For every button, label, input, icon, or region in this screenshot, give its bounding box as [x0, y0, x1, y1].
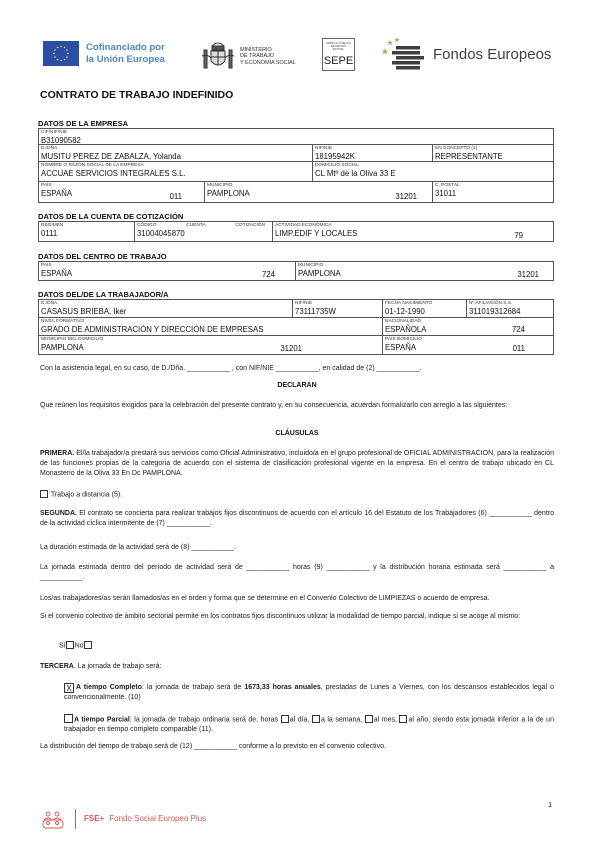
al-mes-checkbox[interactable] — [365, 715, 373, 723]
centro-municipio-code: 31201 — [517, 270, 539, 279]
nacionalidad-cell: NACIONALIDAD ESPAÑOLA 724 — [383, 318, 553, 336]
segunda-label: SEGUNDA. — [40, 510, 77, 517]
duracion-paragraph: La duración estimada de la actividad ser… — [40, 543, 554, 553]
annual-hours: 1673,33 horas anuales — [244, 684, 320, 691]
municipio-domicilio-cell: MUNICIPIO DEL DOMICILIO PAMPLONA 31201 — [39, 336, 383, 354]
ministry-line-3: Y ECONOMÍA SOCIAL — [240, 60, 296, 66]
reunen-paragraph: Que reúnen los requisitos exigidos para … — [40, 401, 554, 411]
primera-text: El/la trabajador/a prestará sus servicio… — [40, 450, 554, 477]
document-title: CONTRATO DE TRABAJO INDEFINIDO — [40, 89, 233, 101]
concepto-value: REPRESENTANTE — [435, 152, 551, 161]
declaran-heading: DECLARAN — [40, 382, 554, 389]
trabajador-table: D./DÑA. CASASUS BRIEBA, Iker NIF/NIE 731… — [38, 299, 554, 355]
trabajador-dona-cell: D./DÑA. CASASUS BRIEBA, Iker — [39, 300, 293, 318]
empresa-cif-cell: CIF/NIF/NIE B31090582 — [39, 129, 553, 145]
cif-value: B31090582 — [41, 136, 551, 145]
centro-municipio-cell: MUNICIPIO PAMPLONA 31201 — [296, 262, 553, 280]
empresa-domicilio-cell: DOMICILIO SOCIAL CL Mtº de la Oliva 33 E — [313, 162, 553, 182]
empresa-cp-cell: C. POSTAL 31011 — [433, 182, 553, 202]
razon-value: ACCUAE SERVICIOS INTEGRALES S.L. — [41, 169, 310, 178]
cotizacion-table: RÉGIMEN 0111 CÓDIGO CUENTA COTIZACIÓN 31… — [38, 221, 554, 242]
fecha-nacimiento-cell: FECHA NACIMIENTO 01-12-1990 — [383, 300, 467, 318]
tercera-paragraph: TERCERA. La jornada de trabajo será: — [40, 662, 554, 672]
eu-stars-icon — [43, 41, 79, 66]
fse-name: Fondo Social Europeo Plus — [109, 814, 206, 823]
sepe-logo: SERVICIO PÚBLICO DE EMPLEO ESTATAL SEPE — [322, 38, 355, 71]
empresa-municipio-cell: MUNICIPIO PAMPLONA 31201 — [205, 182, 433, 202]
convenio-paragraph: Si el convenio colectivo de ámbito secto… — [40, 612, 554, 622]
a-la-semana-checkbox[interactable] — [312, 715, 320, 723]
tiempo-parcial-paragraph: A tiempo Parcial: la jornada de trabajo … — [64, 714, 554, 734]
no-checkbox[interactable] — [84, 641, 92, 649]
fecha-value: 01-12-1990 — [385, 307, 464, 316]
sepe-label: SEPE — [323, 55, 354, 67]
fse-footer-text: FSE+Fondo Social Europeo Plus — [84, 814, 206, 823]
si-no-row: SíNo — [59, 641, 93, 652]
regimen-value: 0111 — [41, 229, 132, 238]
nacionalidad-value: ESPAÑOLA — [385, 325, 551, 334]
al-mes-label: al mes, — [374, 717, 397, 724]
fondos-europeos-text: Fondos Europeos — [433, 46, 551, 63]
codigo-label: CÓDIGO — [137, 223, 156, 229]
afiliacion-cell: Nº AFILIACIÓN S.S. 311019312684 — [467, 300, 553, 318]
regimen-cell: RÉGIMEN 0111 — [39, 222, 135, 241]
centro-pais-code: 724 — [262, 270, 275, 279]
si-checkbox[interactable] — [66, 641, 74, 649]
trabajador-dona-value: CASASUS BRIEBA, Iker — [41, 307, 290, 316]
tiempo-completo-label: A tiempo Completo — [76, 684, 142, 691]
eu-text-line-2: la Unión Europea — [86, 54, 165, 66]
trabajador-nif-value: 73111735W — [295, 307, 380, 316]
trabajador-municipio-value: PAMPLONA — [41, 343, 380, 352]
al-anio-checkbox[interactable] — [399, 715, 407, 723]
pais-domicilio-code: 011 — [513, 344, 525, 353]
trabajador-nif-cell: NIF/NIE 73111735W — [293, 300, 383, 318]
si-label: Sí — [59, 643, 66, 650]
trabajador-heading: DATOS DEL/DE LA TRABAJADOR/A — [38, 290, 169, 299]
pais-code: 011 — [170, 192, 182, 201]
primera-label: PRIMERA. — [40, 450, 74, 457]
eu-flag-logo — [43, 41, 79, 66]
empresa-concepto-cell: EN CONCEPTO (1) REPRESENTANTE — [433, 145, 553, 162]
spain-coat-of-arms-icon — [200, 38, 236, 74]
eu-cofinanciado-text: Cofinanciado por la Unión Europea — [86, 42, 165, 66]
cotizacion-label: COTIZACIÓN — [235, 223, 265, 229]
centro-pais-cell: PAÍS ESPAÑA 724 — [39, 262, 296, 280]
codigo-labels: CÓDIGO CUENTA COTIZACIÓN — [137, 223, 265, 229]
al-dia-label: al día, — [290, 717, 310, 724]
cuenta-label: CUENTA — [186, 223, 205, 229]
afiliacion-value: 311019312684 — [469, 307, 551, 316]
footer-separator — [75, 809, 76, 829]
pais-domicilio-value: ESPAÑA — [385, 343, 551, 352]
nivel-value: GRADO DE ADMINISTRACIÓN Y DIRECCIÓN DE E… — [41, 325, 380, 334]
codigo-cell: CÓDIGO CUENTA COTIZACIÓN 31004045870 — [135, 222, 273, 241]
no-label: No — [75, 643, 84, 650]
jornada-estimada-paragraph: La jornada estimada dentro del período d… — [40, 563, 554, 583]
empresa-dona-cell: D./DÑA. MUSITU PEREZ DE ZABALZA, Yolanda — [39, 145, 313, 162]
sepe-subtitle: SERVICIO PÚBLICO DE EMPLEO ESTATAL — [326, 42, 351, 51]
tercera-text: . La jornada de trabajo será: — [74, 663, 162, 670]
trabajo-distancia-label: Trabajo a distancia (5). — [51, 492, 122, 499]
fse-people-icon — [42, 811, 64, 829]
distribucion-paragraph: La distribución del tiempo de trabajo se… — [40, 742, 554, 752]
primera-paragraph: PRIMERA. El/la trabajador/a prestará sus… — [40, 449, 554, 480]
nivel-formativo-cell: NIVEL FORMATIVO GRADO DE ADMINISTRACIÓN … — [39, 318, 383, 336]
trabajador-municipio-code: 31201 — [280, 344, 302, 353]
tiempo-parcial-text-a: : la jornada de trabajo ordinaria será d… — [130, 717, 281, 724]
codigo-value: 31004045870 — [137, 229, 270, 238]
segunda-text: El contrato se concierta para realizar t… — [40, 510, 554, 527]
actividad-value: LIMP.EDIF Y LOCALES — [275, 229, 551, 238]
trabajo-distancia-row: Trabajo a distancia (5). — [40, 490, 554, 501]
a-la-semana-label: a la semana, — [321, 717, 362, 724]
empresa-heading: DATOS DE LA EMPRESA — [38, 119, 128, 128]
empresa-table: CIF/NIF/NIE B31090582 D./DÑA. MUSITU PER… — [38, 128, 554, 203]
centro-municipio-value: PAMPLONA — [298, 269, 551, 278]
cp-value: 31011 — [435, 189, 551, 198]
municipio-code: 31201 — [395, 192, 417, 201]
al-dia-checkbox[interactable] — [281, 715, 289, 723]
actividad-cell: ACTIVIDAD ECONÓMICA LIMP.EDIF Y LOCALES … — [273, 222, 553, 241]
tiempo-completo-paragraph: XA tiempo Completo: la jornada de trabaj… — [64, 683, 554, 703]
clausulas-heading: CLÁUSULAS — [40, 430, 554, 437]
fondos-europeos-icon — [380, 36, 430, 72]
fse-brand: FSE+ — [84, 814, 104, 823]
centro-pais-value: ESPAÑA — [41, 269, 293, 278]
ministry-text: MINISTERIO DE TRABAJO Y ECONOMÍA SOCIAL — [240, 47, 296, 66]
nif-value: 18195942K — [315, 152, 430, 161]
tiempo-completo-checkbox[interactable]: X — [64, 683, 74, 693]
empresa-razon-cell: NOMBRE O RAZÓN SOCIAL DE LA EMPRESA ACCU… — [39, 162, 313, 182]
domicilio-value: CL Mtº de la Oliva 33 E — [315, 169, 551, 178]
llamados-paragraph: Los/as trabajadores/as serán llamados/as… — [40, 594, 554, 604]
al-anio-label: al año, — [408, 717, 430, 724]
centro-heading: DATOS DEL CENTRO DE TRABAJO — [38, 252, 167, 261]
tercera-label: TERCERA — [40, 663, 74, 670]
eu-text-line-1: Cofinanciado por — [86, 42, 165, 54]
dona-value: MUSITU PEREZ DE ZABALZA, Yolanda — [41, 152, 310, 161]
actividad-code: 79 — [514, 231, 523, 240]
nacionalidad-code: 724 — [512, 325, 525, 334]
centro-table: PAÍS ESPAÑA 724 MUNICIPIO PAMPLONA 31201 — [38, 261, 554, 281]
page-number: 1 — [548, 800, 552, 809]
empresa-nif-cell: NIF/NIE 18195942K — [313, 145, 433, 162]
tiempo-parcial-label: A tiempo Parcial — [74, 717, 130, 724]
pais-domicilio-cell: PAÍS DOMICILIO ESPAÑA 011 — [383, 336, 553, 354]
trabajo-distancia-checkbox[interactable] — [40, 490, 48, 498]
empresa-pais-cell: PAÍS ESPAÑA 011 — [39, 182, 205, 202]
cotizacion-heading: DATOS DE LA CUENTA DE COTIZACIÓN — [38, 212, 183, 221]
tiempo-parcial-checkbox[interactable] — [64, 714, 73, 723]
asistencia-paragraph: Con la asistencia legal, en su caso, de … — [40, 364, 554, 374]
segunda-paragraph: SEGUNDA. El contrato se concierta para r… — [40, 509, 554, 529]
tiempo-completo-text-a: : la jornada de trabajo será de — [142, 684, 244, 691]
